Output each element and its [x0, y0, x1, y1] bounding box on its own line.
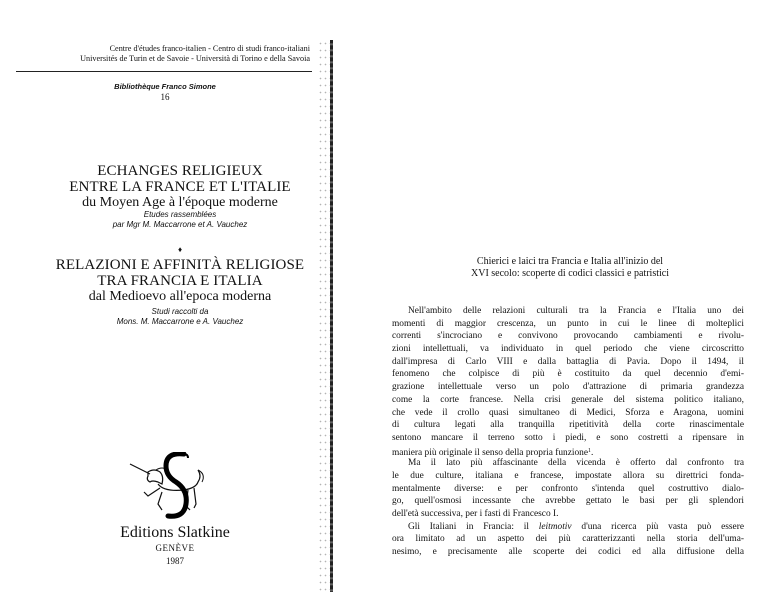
italian-editors: Mons. M. Maccarrone e A. Vauchez [40, 317, 320, 327]
institution-line-1: Centre d'études franco-italien - Centro … [0, 44, 310, 54]
french-editors: par Mgr M. Maccarrone et A. Vauchez [40, 220, 320, 230]
gutter-shadow [318, 40, 330, 592]
italian-title-block: RELAZIONI E AFFINITÀ RELIGIOSE TRA FRANC… [40, 257, 320, 327]
paragraph-1-line: come la corte francese. Nella crisi gene… [392, 394, 744, 407]
paragraph-3-first-line: Gli Italiani in Francia: il leitmotiv d'… [392, 521, 744, 534]
series-block: Bibliothèque Franco Simone 16 [0, 82, 330, 102]
paragraph-1-line: fenomeno che colpisce di più è costituit… [392, 368, 744, 381]
separator-diamond-icon: ♦ [40, 245, 320, 255]
paragraph-2-line: Ma il lato più affascinante della vicend… [392, 457, 744, 470]
italian-title-line-1: RELAZIONI E AFFINITÀ RELIGIOSE [40, 257, 320, 273]
unicorn-s-logo-icon [128, 452, 208, 524]
book-spine-gutter [330, 40, 333, 592]
french-title-line-1: ECHANGES RELIGIEUX [40, 163, 320, 179]
series-name: Bibliothèque Franco Simone [0, 82, 330, 92]
paragraph-1-last-line: maniera più originale il senso della pro… [392, 445, 744, 458]
paragraph-2-line: mentalmente diverse: e per confronto s'i… [392, 483, 744, 496]
paragraph-1-line: sentono mancare il terreno sotto i piedi… [392, 432, 744, 445]
paragraph-1-line: Nell'ambito delle relazioni culturali tr… [392, 305, 744, 318]
institution-line-2: Universités de Turin et de Savoie - Univ… [0, 54, 310, 64]
header-rule [16, 71, 312, 72]
paragraph-1-line: grazione intellettuale verso un polo d'a… [392, 381, 744, 394]
left-page: Centre d'études franco-italien - Centro … [0, 0, 330, 592]
publication-year: 1987 [100, 554, 250, 568]
chapter-title-line-1: Chierici e laici tra Francia e Italia al… [390, 256, 750, 268]
paragraph-1-line: dall'impresa di Carlo VIII e dalla batta… [392, 356, 744, 369]
italian-title-line-2: TRA FRANCIA E ITALIA [40, 273, 320, 289]
paragraph-1-line: correnti s'incrociano e convivono provoc… [392, 330, 744, 343]
french-title-line-2: ENTRE LA FRANCE ET L'ITALIE [40, 179, 320, 195]
french-subtitle: du Moyen Age à l'époque moderne [40, 195, 320, 210]
paragraph-3-text: d'una ricerca più vasta può essere [572, 522, 744, 532]
leitmotiv-italic: leitmotiv [539, 522, 572, 532]
paragraph-2-line: le due culture, italiana e francese, imp… [392, 470, 744, 483]
paragraph-1-line: maniera più originale il senso della pro… [392, 448, 588, 458]
chapter-title-line-2: XVI secolo: scoperte di codici classici … [390, 268, 750, 280]
sentence-end: . [591, 448, 593, 458]
paragraph-2-line: dell'età successiva, per i fasti di Fran… [392, 508, 744, 521]
french-editors-label: Etudes rassemblées [40, 210, 320, 220]
publisher-block: Editions Slatkine GENÈVE 1987 [100, 524, 250, 568]
paragraph-1-line: di cultura legati alla tranquilla ripeti… [392, 419, 744, 432]
series-number: 16 [0, 92, 330, 102]
publisher-city: GENÈVE [100, 542, 250, 554]
paragraph-1-line: che vede il crollo quasi simultaneo di M… [392, 407, 744, 420]
paragraph-1-line: momenti di maggior crescenza, un punto i… [392, 318, 744, 331]
italian-subtitle: dal Medioevo all'epoca moderna [40, 289, 320, 304]
paragraph-3-text: Gli Italiani in Francia: il [408, 522, 539, 532]
paragraph-1-line: zioni intellettuali, va individuato in q… [392, 343, 744, 356]
body-text: Nell'ambito delle relazioni culturali tr… [392, 305, 744, 559]
italian-editors-label: Studi raccolti da [40, 307, 320, 317]
paragraph-3-line: ora limitato ad un aspetto dei più carat… [392, 533, 744, 546]
publisher-name: Editions Slatkine [100, 524, 250, 542]
paragraph-3-line: nesimo, e precisamente alle scoperte dei… [392, 546, 744, 559]
french-title-block: ECHANGES RELIGIEUX ENTRE LA FRANCE ET L'… [40, 163, 320, 230]
institution-header: Centre d'études franco-italien - Centro … [0, 44, 310, 63]
paragraph-2-line: go, quell'osmosi incessante che avrebbe … [392, 495, 744, 508]
chapter-title: Chierici e laici tra Francia e Italia al… [390, 256, 750, 280]
